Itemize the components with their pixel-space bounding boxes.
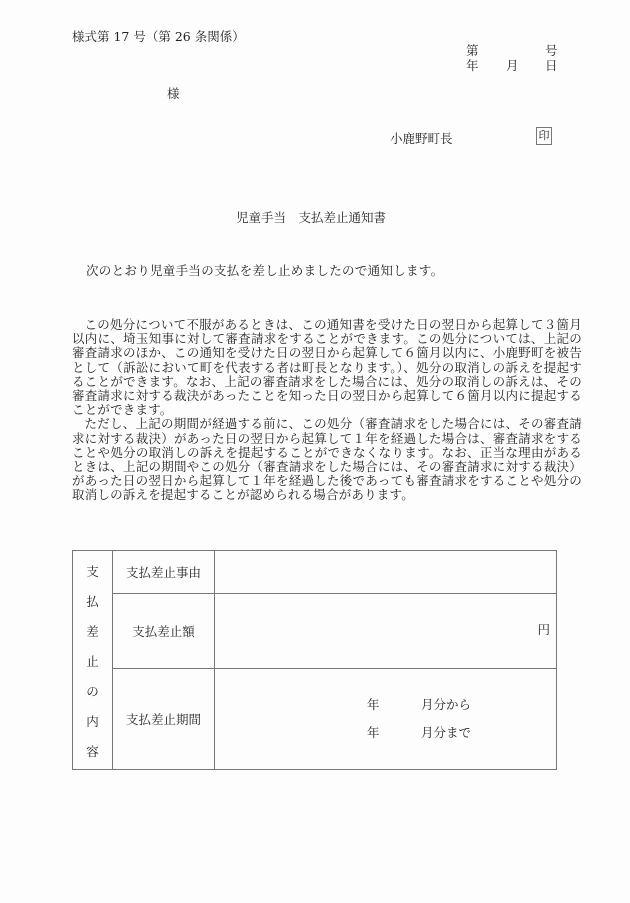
reason-field[interactable] <box>215 551 557 594</box>
amount-label: 支払差止額 <box>113 594 215 669</box>
period-label: 支払差止期間 <box>113 669 215 770</box>
date-day: 日 <box>545 56 558 74</box>
appeal-paragraph-2: ただし、上記の期間が経過する前に、この処分（審査請求をした場合には、その審査請求… <box>72 417 582 502</box>
seal-icon: 印 <box>536 127 552 145</box>
period-to-year: 年 <box>367 723 380 741</box>
appeal-notice: この処分について不服があるときは、この通知書を受けた日の翌日から起算して３箇月以… <box>72 318 582 503</box>
form-number: 様式第 17 号（第 26 条関係） <box>72 27 245 45</box>
section-label: 支 払 差 止 の 内 容 <box>73 551 113 770</box>
date-year: 年 <box>466 56 479 74</box>
document-title: 児童手当 支払差止通知書 <box>236 208 386 226</box>
period-to-month: 月分まで <box>421 723 471 741</box>
addressee-suffix: 様 <box>167 84 180 102</box>
appeal-paragraph-1: この処分について不服があるときは、この通知書を受けた日の翌日から起算して３箇月以… <box>72 318 582 417</box>
period-from-month: 月分から <box>421 695 471 713</box>
amount-field[interactable]: 円 <box>215 594 557 669</box>
reason-label: 支払差止事由 <box>113 551 215 594</box>
yen-unit: 円 <box>537 620 550 638</box>
date-month: 月 <box>506 56 519 74</box>
period-field[interactable]: 年 月分から 年 月分まで <box>215 669 557 770</box>
issuer-name: 小鹿野町長 <box>390 129 453 147</box>
detail-table: 支 払 差 止 の 内 容 支払差止事由 支払差止額 円 支払差止期間 年 月分… <box>72 550 557 770</box>
intro-text: 次のとおり児童手当の支払を差し止めましたので通知します。 <box>86 261 443 279</box>
period-from-year: 年 <box>367 695 380 713</box>
